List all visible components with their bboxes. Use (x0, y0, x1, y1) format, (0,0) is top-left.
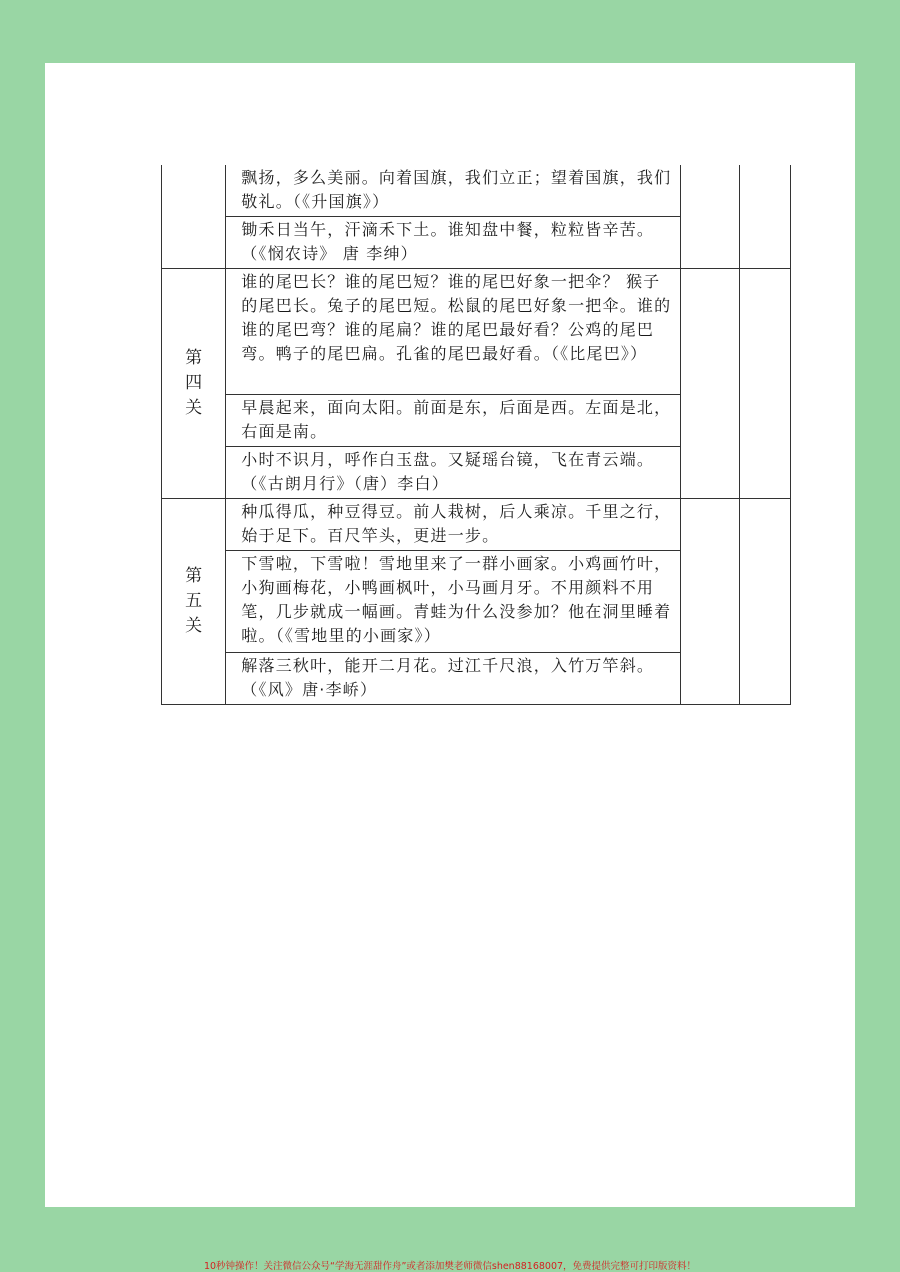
table-row: 第 四 关 谁的尾巴长？谁的尾巴短？谁的尾巴好象一把伞？ 猴子的尾巴长。兔子的尾… (162, 269, 791, 395)
passage-cell: 飘扬，多么美丽。向着国旗，我们立正；望着国旗，我们敬礼。（《升国旗》） (226, 165, 681, 217)
passage-cell: 小时不识月，呼作白玉盘。又疑瑶台镜，飞在青云端。（《古朗月行》（唐）李白） (226, 447, 681, 499)
table-row: 第 五 关 种瓜得瓜，种豆得豆。前人栽树，后人乘凉。千里之行，始于足下。百尺竿头… (162, 499, 791, 551)
check-cell-2[interactable] (739, 165, 790, 269)
level-label-5: 第 五 关 (162, 499, 226, 705)
level-label-4: 第 四 关 (162, 269, 226, 499)
level-char: 四 (162, 371, 225, 396)
check-cell-2[interactable] (739, 269, 790, 499)
passage-cell: 早晨起来，面向太阳。前面是东，后面是西。左面是北，右面是南。 (226, 395, 681, 447)
promo-footer-text: 10秒钟操作！关注微信公众号“学海无涯甜作舟”或者添加樊老师微信shen8816… (0, 1258, 900, 1272)
check-cell-1[interactable] (681, 499, 739, 705)
check-cell-2[interactable] (739, 499, 790, 705)
check-cell-1[interactable] (681, 269, 739, 499)
check-cell-1[interactable] (681, 165, 739, 269)
passage-cell: 解落三秋叶，能开二月花。过江千尺浪，入竹万竿斜。（《风》唐·李峤） (226, 653, 681, 705)
passage-cell: 谁的尾巴长？谁的尾巴短？谁的尾巴好象一把伞？ 猴子的尾巴长。兔子的尾巴短。松鼠的… (226, 269, 681, 395)
passage-cell: 种瓜得瓜，种豆得豆。前人栽树，后人乘凉。千里之行，始于足下。百尺竿头，更进一步。 (226, 499, 681, 551)
passage-cell: 锄禾日当午，汗滴禾下土。谁知盘中餐，粒粒皆辛苦。（《悯农诗》 唐 李绅） (226, 217, 681, 269)
recitation-checklist-table: 飘扬，多么美丽。向着国旗，我们立正；望着国旗，我们敬礼。（《升国旗》） 锄禾日当… (161, 165, 791, 705)
level-char: 关 (162, 614, 225, 639)
document-page: 飘扬，多么美丽。向着国旗，我们立正；望着国旗，我们敬礼。（《升国旗》） 锄禾日当… (45, 63, 855, 1207)
level-char: 五 (162, 589, 225, 614)
level-cell (162, 165, 226, 269)
level-char: 关 (162, 396, 225, 421)
table-row: 飘扬，多么美丽。向着国旗，我们立正；望着国旗，我们敬礼。（《升国旗》） (162, 165, 791, 217)
passage-cell: 下雪啦，下雪啦！雪地里来了一群小画家。小鸡画竹叶，小狗画梅花，小鸭画枫叶，小马画… (226, 551, 681, 653)
level-char: 第 (162, 564, 225, 589)
level-char: 第 (162, 346, 225, 371)
